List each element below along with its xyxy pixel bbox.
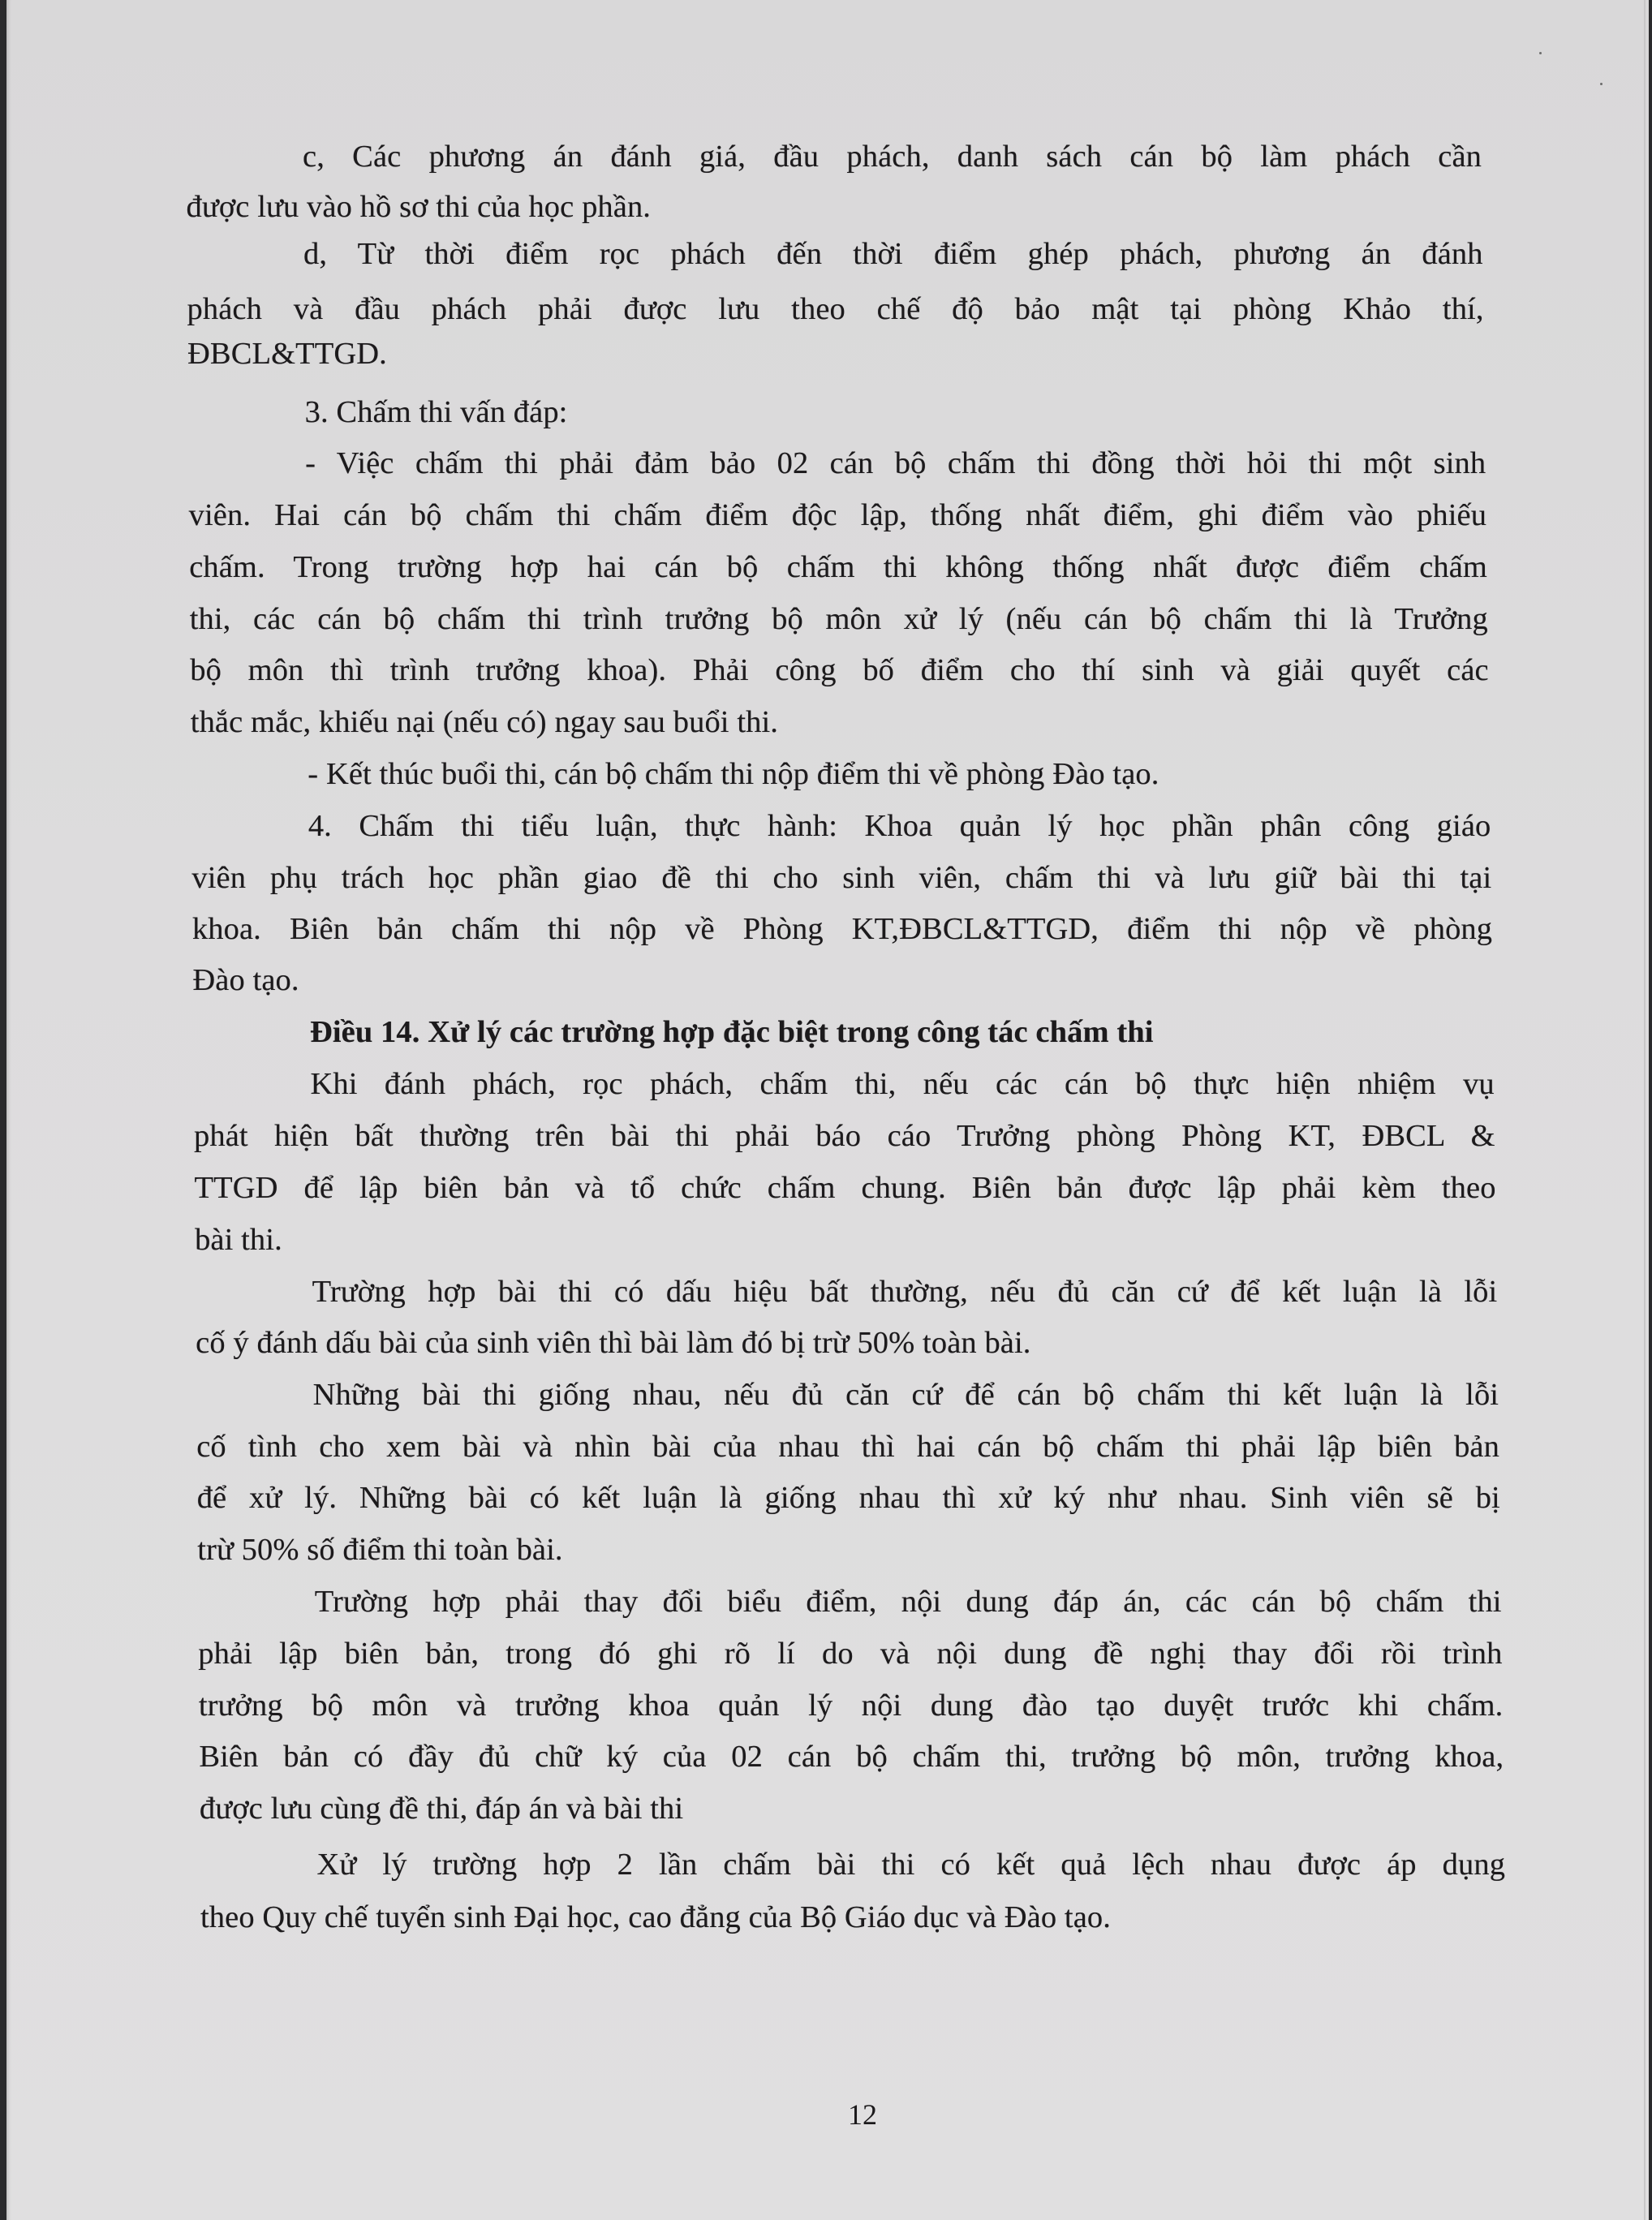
text-line: - Việc chấm thi phải đảm bảo 02 cán bộ c…: [305, 445, 1486, 481]
text-line: thắc mắc, khiếu nại (nếu có) ngay sau bu…: [191, 704, 1490, 740]
text-line: Trường hợp bài thi có dấu hiệu bất thườn…: [312, 1274, 1498, 1310]
text-line: phách và đầu phách phải được lưu theo ch…: [187, 291, 1484, 327]
article-heading: Điều 14. Xử lý các trường hợp đặc biệt t…: [310, 1014, 1494, 1050]
text-line: trưởng bộ môn và trưởng khoa quản lý nội…: [199, 1688, 1504, 1723]
document-page: c, Các phương án đánh giá, đầu phách, da…: [6, 0, 1649, 2220]
text-line: Xử lý trường hợp 2 lần chấm bài thi có k…: [316, 1847, 1505, 1882]
page-edge: [1644, 0, 1646, 2220]
text-line: để xử lý. Những bài có kết luận là giống…: [197, 1480, 1500, 1516]
paper-speck: [1600, 83, 1603, 85]
paper-speck: [1539, 52, 1542, 54]
text-line: c, Các phương án đánh giá, đầu phách, da…: [303, 139, 1482, 174]
text-line: được lưu vào hồ sơ thi của học phần.: [187, 189, 1482, 225]
text-line: cố ý đánh dấu bài của sinh viên thì bài …: [196, 1325, 1498, 1361]
text-line: ĐBCL&TTGD.: [187, 336, 1484, 372]
text-line: d, Từ thời điểm rọc phách đến thời điểm …: [303, 236, 1483, 272]
text-line: phải lập biên bản, trong đó ghi rõ lí do…: [198, 1636, 1502, 1671]
text-line: phát hiện bất thường trên bài thi phải b…: [194, 1118, 1495, 1154]
text-line: TTGD để lập biên bản và tổ chức chấm chu…: [195, 1170, 1496, 1206]
text-line: Những bài thi giống nhau, nếu đủ căn cứ …: [313, 1377, 1499, 1413]
text-line: - Kết thúc buổi thi, cán bộ chấm thi nộp…: [308, 756, 1490, 792]
text-line: khoa. Biên bản chấm thi nộp về Phòng KT,…: [192, 911, 1492, 947]
section-heading: 4. Chấm thi tiểu luận, thực hành: Khoa q…: [308, 808, 1491, 844]
text-line: bài thi.: [195, 1222, 1496, 1258]
page-number: 12: [842, 2097, 883, 2132]
text-line: được lưu cùng đề thi, đáp án và bài thi: [200, 1791, 1504, 1826]
text-line: Khi đánh phách, rọc phách, chấm thi, nếu…: [310, 1066, 1494, 1102]
text-line: viên. Hai cán bộ chấm thi chấm điểm độc …: [189, 497, 1486, 533]
text-line: viên phụ trách học phần giao đề thi cho …: [191, 860, 1491, 896]
text-line: chấm. Trong trường hợp hai cán bộ chấm t…: [189, 549, 1487, 585]
text-line: cố tình cho xem bài và nhìn bài của nhau…: [196, 1429, 1499, 1465]
text-line: trừ 50% số điểm thi toàn bài.: [197, 1532, 1500, 1568]
text-line: bộ môn thì trình trưởng khoa). Phải công…: [190, 652, 1489, 688]
text-line: Đào tạo.: [192, 962, 1493, 998]
section-heading: 3. Chấm thi vấn đáp:: [305, 394, 1486, 430]
text-line: thi, các cán bộ chấm thi trình trưởng bộ…: [190, 601, 1488, 637]
text-line: Biên bản có đầy đủ chữ ký của 02 cán bộ …: [199, 1739, 1504, 1775]
text-line: Trường hợp phải thay đổi biểu điểm, nội …: [315, 1584, 1502, 1620]
text-line: theo Quy chế tuyển sinh Đại học, cao đẳn…: [200, 1899, 1506, 1935]
